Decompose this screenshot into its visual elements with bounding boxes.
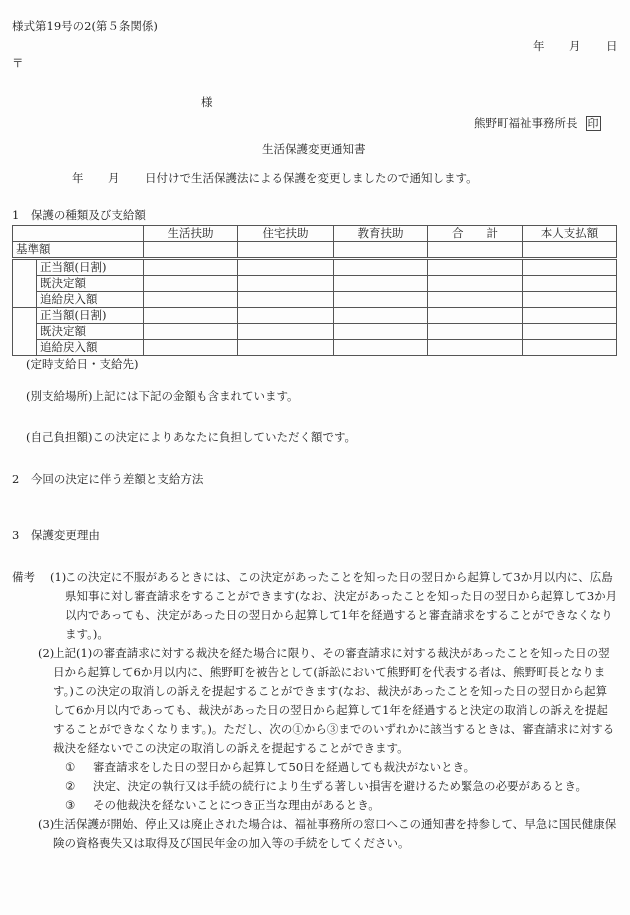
intro-text: 日付けで生活保護法による保護を変更しましたので通知します。	[145, 173, 478, 185]
row-label: 追給戻入額	[37, 292, 144, 308]
benefit-amount-table: 生活扶助 住宅扶助 教育扶助 合 計 本人支払額 基準額 正当額(日割) 既決定…	[12, 225, 617, 356]
cell	[334, 308, 428, 324]
date-month-label: 月	[569, 41, 581, 53]
cell	[428, 242, 523, 259]
header-blank	[13, 226, 144, 242]
cell	[144, 340, 238, 356]
intro-month-label: 月	[108, 173, 120, 185]
cell	[523, 292, 617, 308]
cell	[238, 292, 334, 308]
cell	[523, 259, 617, 276]
cell	[144, 259, 238, 276]
table-header-row: 生活扶助 住宅扶助 教育扶助 合 計 本人支払額	[13, 226, 617, 242]
cell	[523, 242, 617, 259]
subitem-number: ②	[65, 777, 93, 796]
cell	[144, 308, 238, 324]
cell	[144, 292, 238, 308]
date-day-label: 日	[606, 41, 618, 53]
note-payment-date: (定時支給日・支給先)	[26, 359, 138, 371]
recipient-suffix: 様	[201, 97, 213, 109]
intro-year-label: 年	[72, 173, 84, 185]
group2-side-cell	[13, 308, 37, 356]
row-label: 正当額(日割)	[37, 259, 144, 276]
subitem-2: ② 決定、決定の執行又は手続の続行により生ずる著しい損害を避けるため緊急の必要が…	[65, 777, 618, 796]
header-housing-assistance: 住宅扶助	[238, 226, 334, 242]
remark-text-2: 上記(1)の審査請求に対する裁決を経た場合に限り、その審査請求に対する裁決があっ…	[53, 644, 618, 758]
remarks-label: 備考	[12, 568, 50, 644]
cell	[334, 242, 428, 259]
cell	[334, 259, 428, 276]
cell	[523, 308, 617, 324]
subitem-1: ① 審査請求をした日の翌日から起算して50日を経過しても裁決がないとき。	[65, 758, 618, 777]
remarks: 備考 (1) この決定に不服があるときには、この決定があったことを知った日の翌日…	[12, 568, 618, 853]
remark-item-2: (2) 上記(1)の審査請求に対する裁決を経た場合に限り、その審査請求に対する裁…	[12, 644, 618, 758]
subitem-number: ①	[65, 758, 93, 777]
cell	[238, 276, 334, 292]
cell	[334, 292, 428, 308]
cell	[144, 324, 238, 340]
table-row: 既決定額	[13, 276, 617, 292]
table-row: 正当額(日割)	[13, 259, 617, 276]
cell	[428, 292, 523, 308]
table-row: 基準額	[13, 242, 617, 259]
document-title: 生活保護変更通知書	[262, 144, 366, 156]
header-education-assistance: 教育扶助	[334, 226, 428, 242]
cell	[144, 242, 238, 259]
cell	[523, 340, 617, 356]
table-row: 追給戻入額	[13, 340, 617, 356]
header-total: 合 計	[428, 226, 523, 242]
cell	[428, 340, 523, 356]
cell	[238, 340, 334, 356]
cell	[428, 324, 523, 340]
seal-mark: 印	[586, 116, 601, 131]
row-label: 既決定額	[37, 276, 144, 292]
cell	[238, 324, 334, 340]
remark-text-3: 生活保護が開始、停止又は廃止された場合は、福祉事務所の窓口へこの通知書を持参して…	[53, 815, 618, 853]
cell	[523, 324, 617, 340]
section2-heading: 2 今回の決定に伴う差額と支給方法	[12, 474, 203, 486]
group1-side-cell	[13, 259, 37, 308]
section3-heading: 3 保護変更理由	[12, 530, 100, 542]
section1-heading: 1 保護の種類及び支給額	[12, 210, 146, 222]
postal-mark: 〒	[12, 58, 24, 70]
subitem-text: その他裁決を経ないことにつき正当な理由があるとき。	[93, 796, 618, 815]
issuer-name: 熊野町福祉事務所長	[474, 116, 578, 130]
note-self-burden: (自己負担額)この決定によりあなたに負担していただく額です。	[26, 432, 356, 444]
issuer: 熊野町福祉事務所長印	[474, 116, 601, 131]
cell	[428, 276, 523, 292]
cell	[523, 276, 617, 292]
subitem-text: 審査請求をした日の翌日から起算して50日を経過しても裁決がないとき。	[93, 758, 618, 777]
remark-text-1: この決定に不服があるときには、この決定があったことを知った日の翌日から起算して3…	[65, 568, 618, 644]
remark-item-3: (3) 生活保護が開始、停止又は廃止された場合は、福祉事務所の窓口へこの通知書を…	[12, 815, 618, 853]
subitem-number: ③	[65, 796, 93, 815]
note-separate-payment: (別支給場所)上記には下記の金額も含まれています。	[26, 391, 299, 403]
remark-subitems: ① 審査請求をした日の翌日から起算して50日を経過しても裁決がないとき。 ② 決…	[12, 758, 618, 815]
cell	[238, 242, 334, 259]
cell	[144, 276, 238, 292]
cell	[238, 308, 334, 324]
cell	[334, 276, 428, 292]
cell	[334, 324, 428, 340]
cell	[428, 308, 523, 324]
table-row: 既決定額	[13, 324, 617, 340]
remark-item-1: 備考 (1) この決定に不服があるときには、この決定があったことを知った日の翌日…	[12, 568, 618, 644]
header-self-payment: 本人支払額	[523, 226, 617, 242]
cell	[238, 259, 334, 276]
row-label: 追給戻入額	[37, 340, 144, 356]
row-label: 既決定額	[37, 324, 144, 340]
table-row: 正当額(日割)	[13, 308, 617, 324]
cell	[334, 340, 428, 356]
subitem-text: 決定、決定の執行又は手続の続行により生ずる著しい損害を避けるため緊急の必要がある…	[93, 777, 618, 796]
cell	[428, 259, 523, 276]
subitem-3: ③ その他裁決を経ないことにつき正当な理由があるとき。	[65, 796, 618, 815]
header-living-assistance: 生活扶助	[144, 226, 238, 242]
date-year-label: 年	[533, 41, 545, 53]
row-label: 正当額(日割)	[37, 308, 144, 324]
form-number: 様式第19号の2(第５条関係)	[12, 21, 158, 33]
table-row: 追給戻入額	[13, 292, 617, 308]
row-label-base-amount: 基準額	[13, 242, 144, 259]
